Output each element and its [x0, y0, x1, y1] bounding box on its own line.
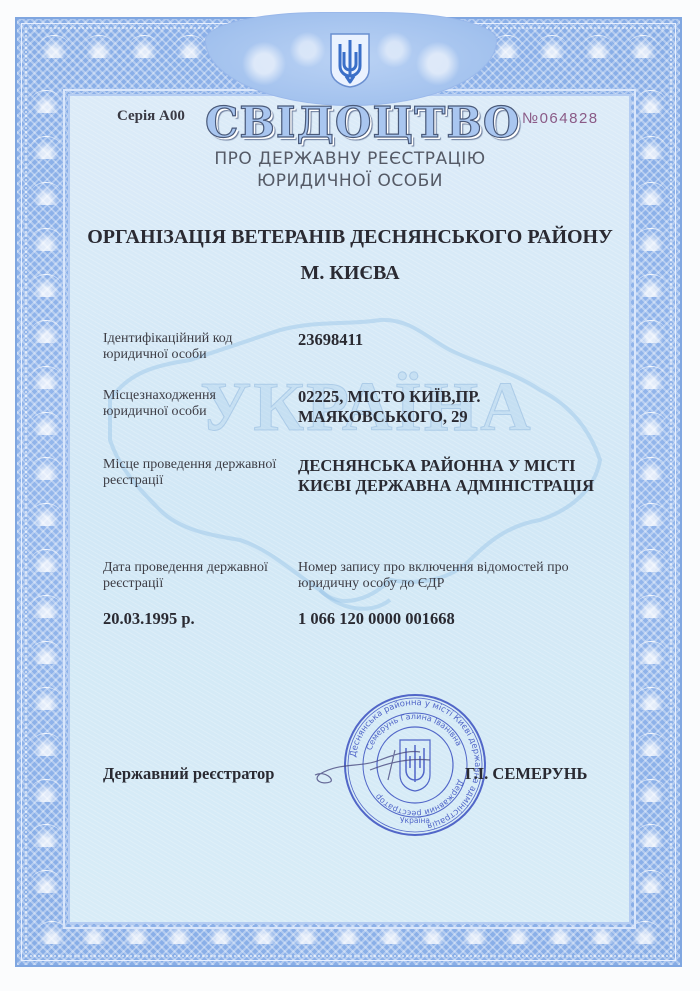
organization-city: М. КИЄВА [80, 262, 620, 285]
border-ornament-left [29, 79, 63, 905]
trident-icon [329, 32, 371, 88]
registration-date-value: 20.03.1995 р. [103, 609, 195, 629]
registration-date-label: Дата проведення державної реєстрації [103, 560, 293, 592]
location-label: Місцезнаходження юридичної особи [103, 388, 293, 420]
record-number-label: Номер запису про включення відомостей пр… [298, 560, 618, 592]
certificate-title: СВІДОЦТВО [205, 98, 495, 147]
border-ornament-right [634, 79, 668, 905]
subtitle-line-2: ЮРИДИЧНОЇ ОСОБИ [150, 170, 550, 192]
registration-place-label: Місце проведення державної реєстрації [103, 457, 293, 489]
registrar-name: Г.І. СЕМЕРУНЬ [465, 764, 587, 784]
series-label: Серія А00 [117, 108, 185, 125]
registrar-role: Державний реєстратор [103, 764, 274, 784]
record-number-value: 1 066 120 0000 001668 [298, 609, 618, 629]
certificate-number: №064828 [522, 110, 599, 127]
organization-name: ОРГАНІЗАЦІЯ ВЕТЕРАНІВ ДЕСНЯНСЬКОГО РАЙОН… [80, 226, 620, 249]
registration-place-value: ДЕСНЯНСЬКА РАЙОННА У МІСТІ КИЄВІ ДЕРЖАВН… [298, 456, 618, 496]
id-code-label: Ідентифікаційний код юридичної особи [103, 331, 293, 363]
id-code-value: 23698411 [298, 330, 618, 350]
border-ornament-bottom [31, 921, 666, 951]
certificate-subtitle: ПРО ДЕРЖАВНУ РЕЄСТРАЦІЮ ЮРИДИЧНОЇ ОСОБИ [150, 148, 550, 192]
subtitle-line-1: ПРО ДЕРЖАВНУ РЕЄСТРАЦІЮ [150, 148, 550, 170]
stamp-country-text: Україна [400, 816, 430, 825]
signature-scribble [300, 740, 470, 790]
location-value: 02225, МІСТО КИЇВ,ПР. МАЯКОВСЬКОГО, 29 [298, 387, 618, 427]
